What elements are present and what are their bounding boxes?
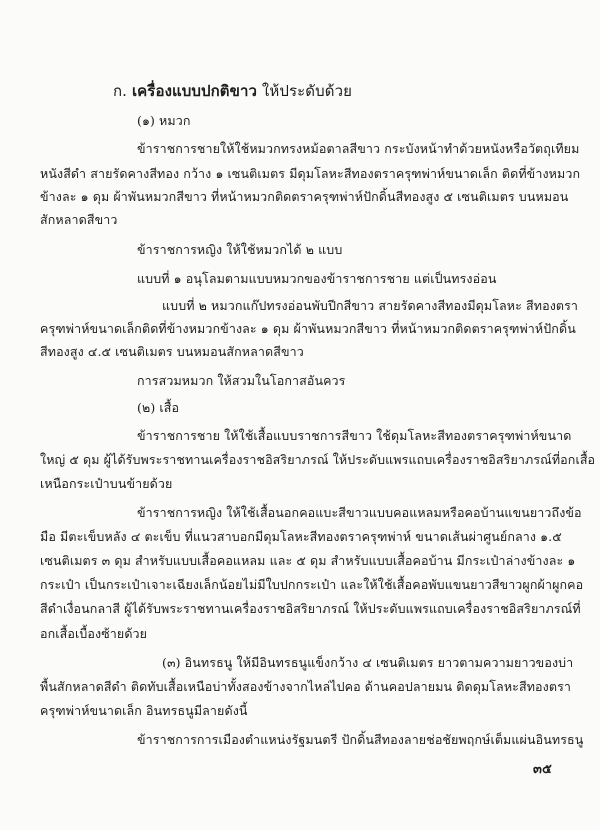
- paragraph-line: หนังสีดำ สายรัดคางสีทอง กว้าง ๑ เซนติเมต…: [40, 166, 580, 182]
- paragraph-line: ข้าราชการชายให้ใช้หมวกทรงหม้อตาลสีขาว กร…: [137, 141, 579, 157]
- paragraph-line: ข้าราชการชาย ให้ใช้เสื้อแบบราชการสีขาว ใ…: [137, 428, 571, 444]
- paragraph-line: กระเป๋า เป็นกระเป๋าเจาะเฉียงเล็กน้อยไม่ม…: [40, 577, 583, 593]
- heading: ก. เครื่องแบบปกติขาว ให้ประดับด้วย: [113, 83, 352, 99]
- heading-title: เครื่องแบบปกติขาว: [132, 82, 257, 100]
- hat-wearing-note: การสวมหมวก ให้สวมในโอกาสอันควร: [137, 373, 346, 389]
- paragraph-line: ใหญ่ ๕ ดุม ผู้ได้รับพระราชทานเครื่องราชอ…: [40, 452, 595, 468]
- paragraph-line: สีดำเงื่อนกลาสี ผู้ได้รับพระราชทานเครื่อ…: [40, 601, 581, 617]
- paragraph-line: เหนือกระเป๋าบนข้ายด้วย: [40, 476, 172, 492]
- paragraph-line: ครุฑพ่าห์ขนาดเล็ก อินทรธนูมีลายดังนี้: [40, 703, 248, 719]
- section-1-label: (๑) หมวก: [137, 113, 191, 129]
- hat-style-2: แบบที่ ๒ หมวกแก๊ปทรงอ่อนพับปีกสีขาว สายร…: [162, 298, 578, 314]
- heading-marker: ก.: [113, 82, 127, 100]
- page-number: ๓๕: [533, 762, 552, 778]
- paragraph-line: ครุฑพ่าห์ขนาดเล็กติดที่ข้างหมวกข้างละ ๑ …: [40, 321, 576, 337]
- paragraph-line: ข้างละ ๑ ดุม ผ้าพันหมวกสีขาว ที่หน้าหมวก…: [40, 189, 568, 205]
- paragraph-line: มือ มีตะเข็บหลัง ๔ ตะเข็บ ที่แนวสาบอกมีด…: [40, 529, 562, 545]
- paragraph-line: เซนติเมตร ๓ ดุม สำหรับแบบเสื้อคอแหลม และ…: [40, 553, 575, 569]
- female-hat-intro: ข้าราชการหญิง ให้ใช้หมวกได้ ๒ แบบ: [137, 242, 342, 258]
- heading-subtitle: ให้ประดับด้วย: [262, 82, 352, 100]
- hat-style-1: แบบที่ ๑ อนุโลมตามแบบหมวกของข้าราชการชาย…: [137, 271, 496, 287]
- paragraph-line: ข้าราชการการเมืองตำแหน่งรัฐมนตรี ปักดิ้น…: [137, 732, 583, 748]
- paragraph-line: สีทองสูง ๔.๕ เซนติเมตร บนหมอนสักหลาดสีขา…: [40, 344, 304, 360]
- paragraph-line: สักหลาดสีขาว: [40, 212, 117, 228]
- paragraph-line: อกเสื้อเบื้องซ้ายด้วย: [40, 626, 147, 642]
- section-2-label: (๒) เสื้อ: [137, 400, 179, 416]
- section-3-label: (๓) อินทรธนู ให้มีอินทรธนูแข็งกว้าง ๔ เซ…: [162, 655, 573, 671]
- paragraph-line: พื้นสักหลาดสีดำ ติดทับเสื้อเหนือบ่าทั้งส…: [40, 679, 571, 695]
- paragraph-line: ข้าราชการหญิง ให้ใช้เสื้อนอกคอแบะสีขาวแบ…: [137, 505, 582, 521]
